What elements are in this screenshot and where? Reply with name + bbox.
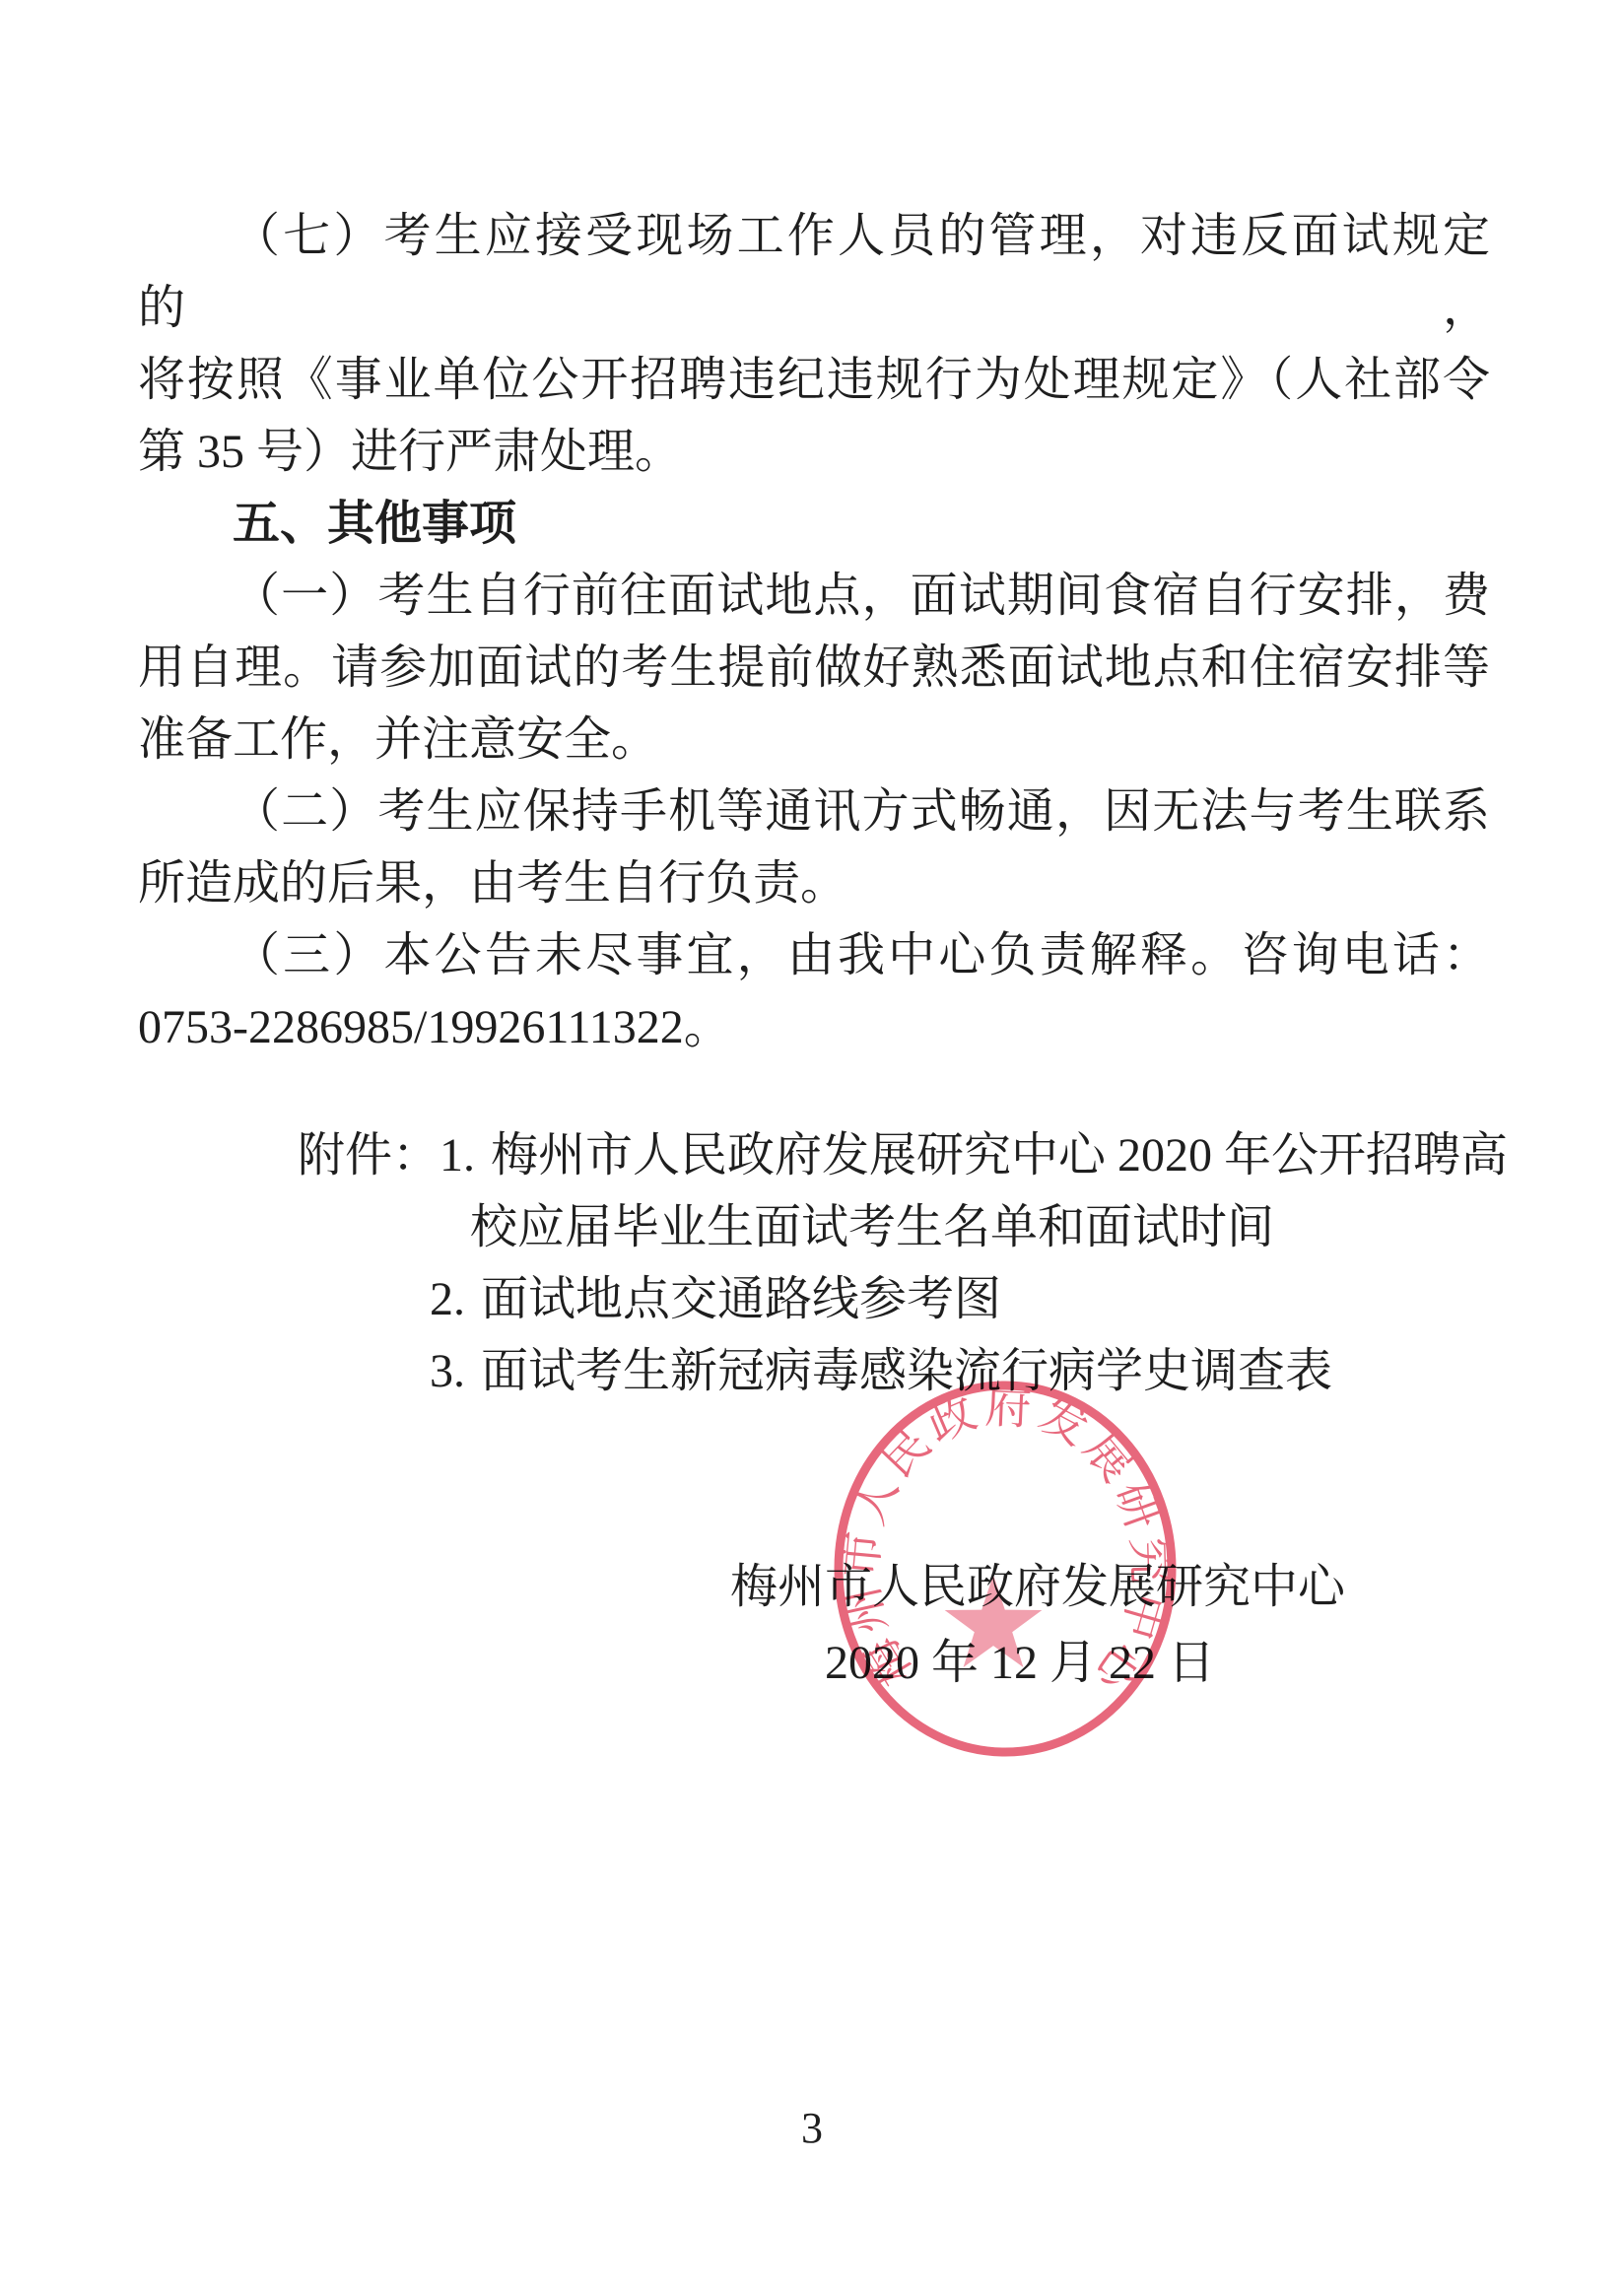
phone-line: 0753-2286985/19926111322。 bbox=[138, 991, 1490, 1063]
body-line: 准备工作，并注意安全。 bbox=[138, 704, 1490, 776]
attachments-label: 附件： bbox=[298, 1129, 440, 1181]
seal-arc-text: 梅州市人民政府发展研究中心 bbox=[835, 1382, 1174, 1705]
attachment-number: 1. bbox=[440, 1129, 475, 1181]
attachment-number: 3. bbox=[430, 1345, 465, 1397]
body-line: （七）考生应接受现场工作人员的管理，对违反面试规定的， bbox=[138, 200, 1490, 344]
official-seal: 梅州市人民政府发展研究中心 bbox=[818, 1372, 1192, 1766]
body-line: 用自理。请参加面试的考生提前做好熟悉面试地点和住宿安排等 bbox=[138, 632, 1490, 704]
attachment-line: 校应届毕业生面试考生名单和面试时间 bbox=[470, 1191, 1490, 1263]
attachment-title: 梅州市人民政府发展研究中心 2020 年公开招聘高 bbox=[491, 1129, 1508, 1181]
body-line: 所造成的后果，由考生自行负责。 bbox=[138, 847, 1490, 919]
body-line: （二）考生应保持手机等通讯方式畅通，因无法与考生联系 bbox=[138, 776, 1490, 847]
body-line: （一）考生自行前往面试地点，面试期间食宿自行安排，费 bbox=[138, 560, 1490, 632]
signature-block: 梅州市人民政府发展研究中心 2020 年 12 月 22 日 bbox=[138, 1549, 1490, 1701]
document-body: （七）考生应接受现场工作人员的管理，对违反面试规定的， 将按照《事业单位公开招聘… bbox=[138, 200, 1490, 1701]
attachment-title-continuation: 校应届毕业生面试考生名单和面试时间 bbox=[470, 1201, 1274, 1253]
attachment-number: 2. bbox=[430, 1273, 465, 1325]
attachments-block: 附件：1.梅州市人民政府发展研究中心 2020 年公开招聘高 校应届毕业生面试考… bbox=[138, 1119, 1490, 1407]
section-heading: 五、其他事项 bbox=[138, 488, 1490, 560]
attachment-line: 附件：1.梅州市人民政府发展研究中心 2020 年公开招聘高 bbox=[298, 1119, 1490, 1191]
document-page: （七）考生应接受现场工作人员的管理，对违反面试规定的， 将按照《事业单位公开招聘… bbox=[0, 0, 1624, 2295]
page-number: 3 bbox=[0, 2101, 1624, 2156]
body-line: 第 35 号）进行严肃处理。 bbox=[138, 416, 1490, 488]
body-line: 将按照《事业单位公开招聘违纪违规行为处理规定》（人社部令 bbox=[138, 344, 1490, 416]
attachment-line: 2.面试地点交通路线参考图 bbox=[430, 1263, 1490, 1335]
body-line: （三）本公告未尽事宜，由我中心负责解释。咨询电话： bbox=[138, 919, 1490, 991]
seal-star bbox=[945, 1575, 1043, 1667]
attachment-title: 面试地点交通路线参考图 bbox=[481, 1273, 1001, 1325]
